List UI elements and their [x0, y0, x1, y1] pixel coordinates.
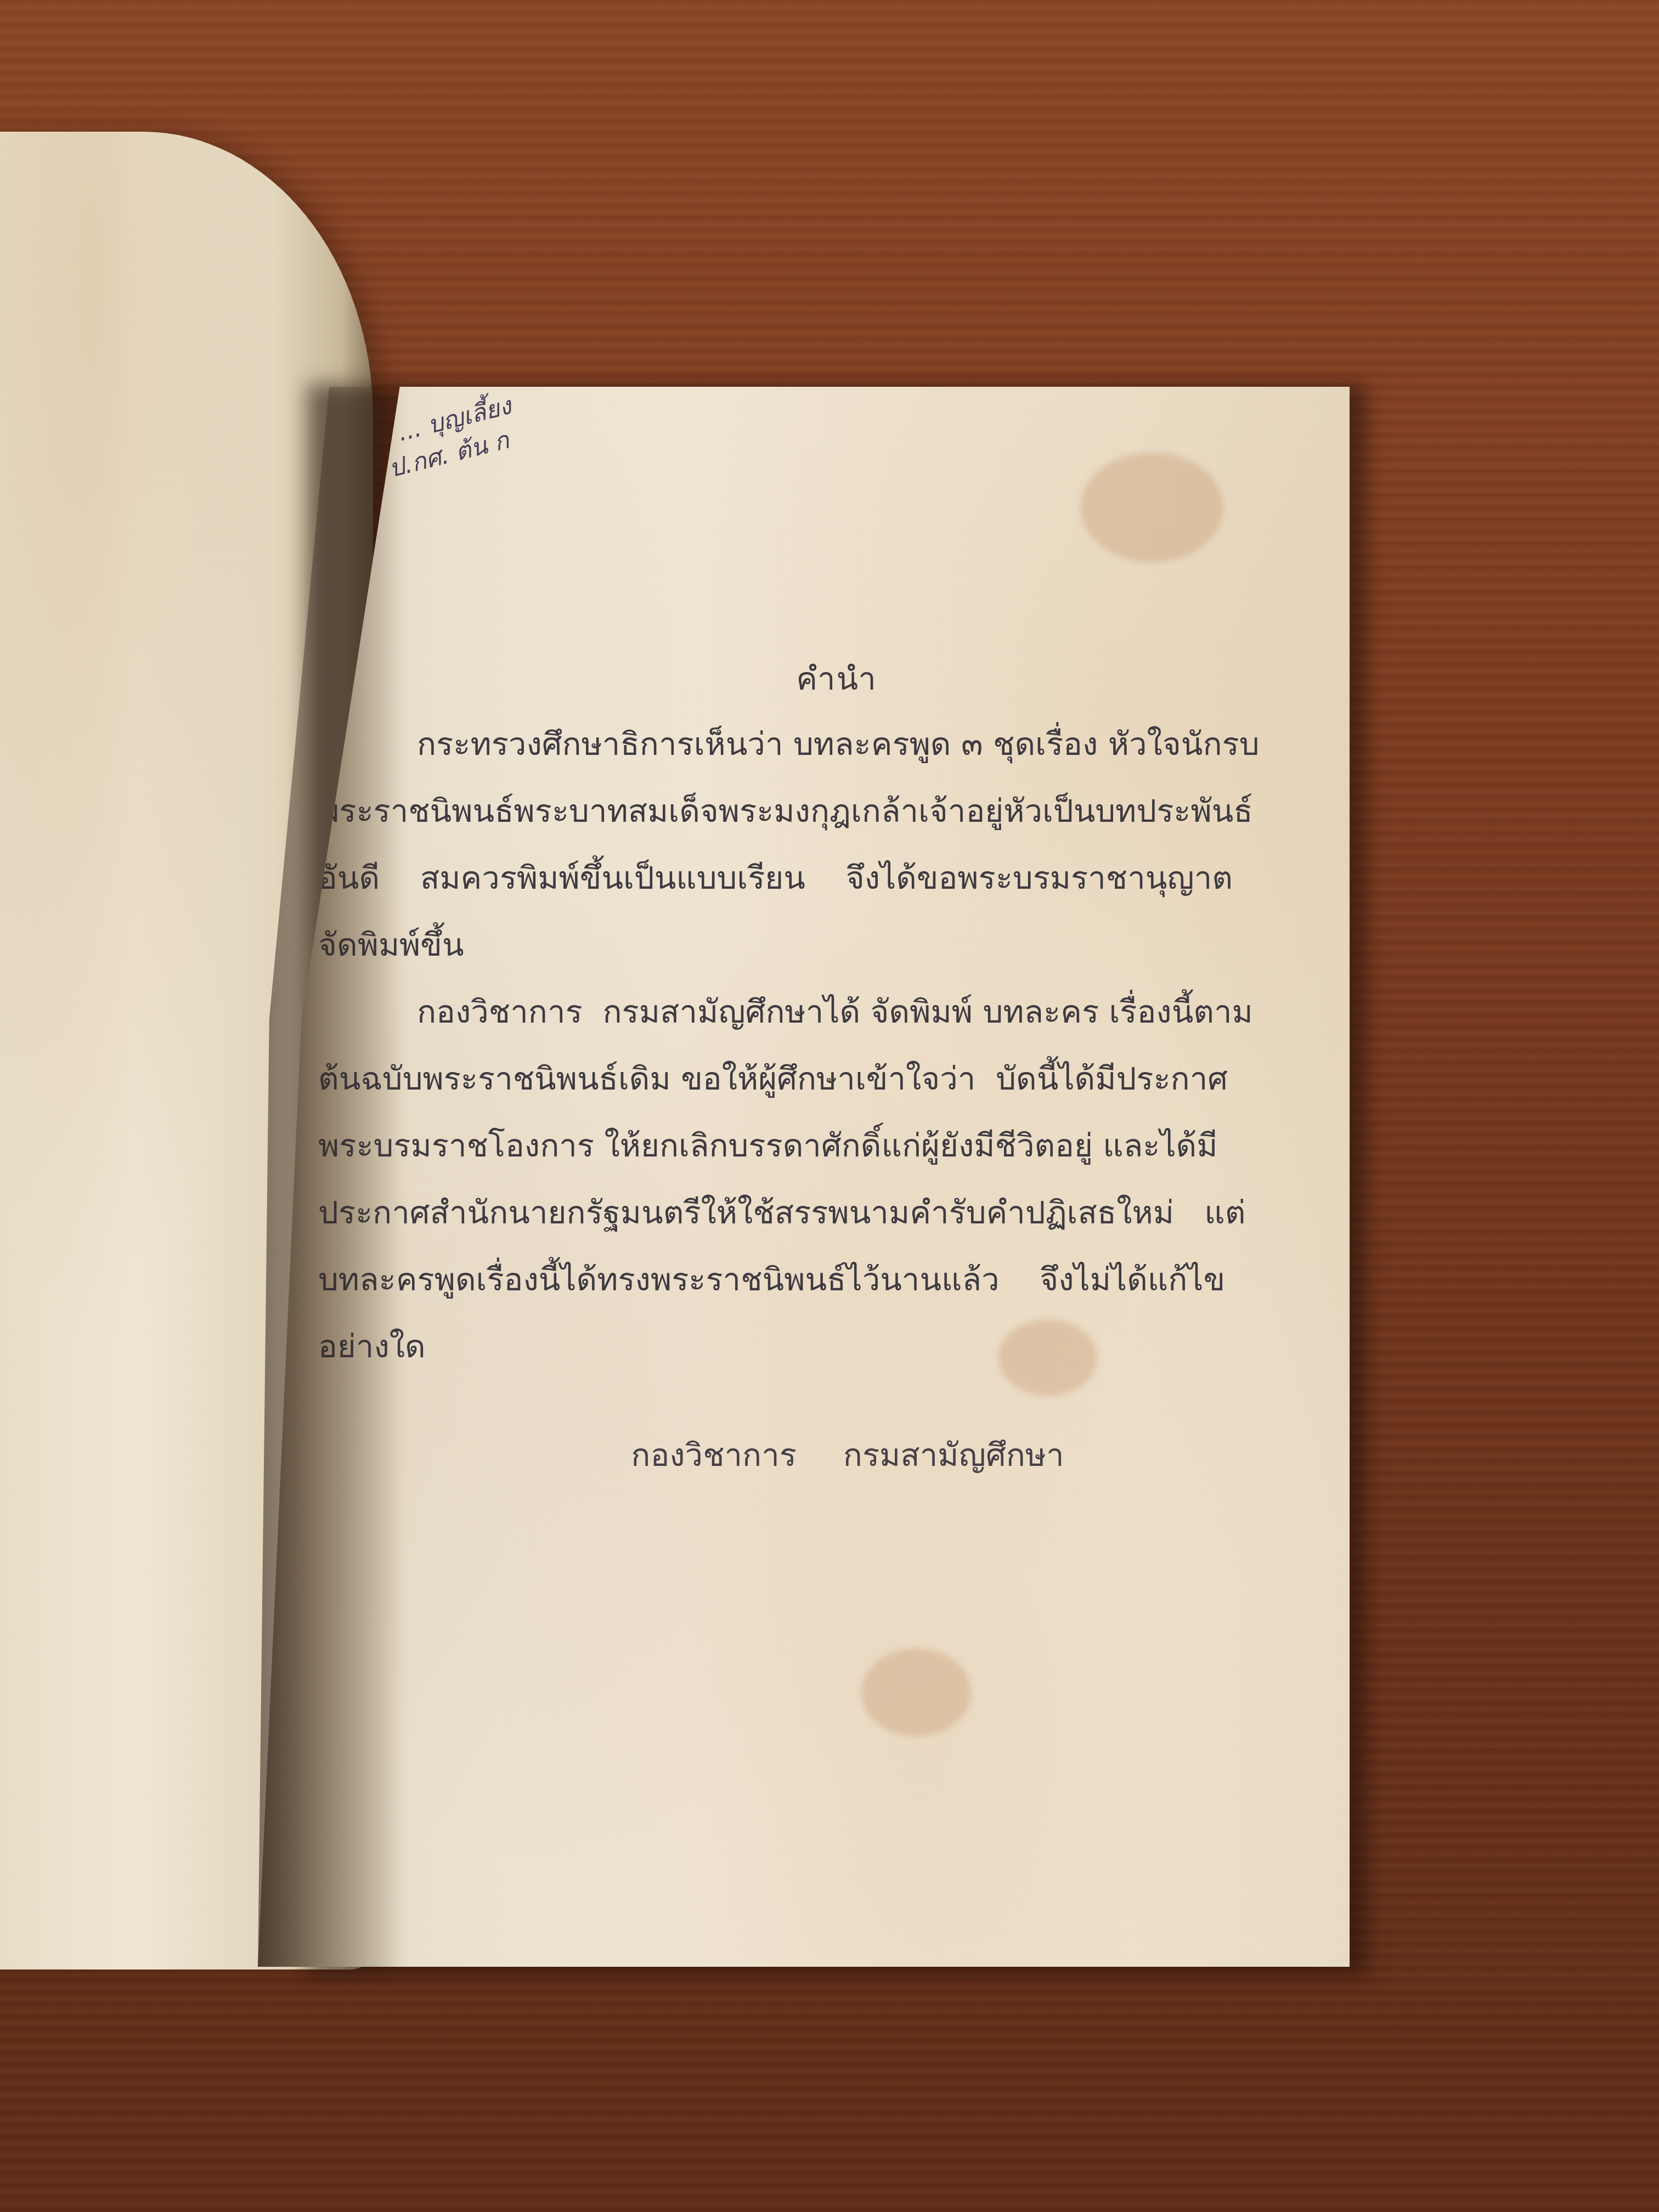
- text-line: ต้นฉบับพระราชนิพนธ์เดิม ขอให้ผู้ศึกษาเข้…: [318, 1045, 1251, 1112]
- text-line: พระราชนิพนธ์พระบาทสมเด็จพระมงกุฎเกล้าเจ้…: [318, 777, 1251, 844]
- text-line: จัดพิมพ์ขึ้น: [318, 911, 1251, 978]
- text-line: ประกาศสำนักนายกรัฐมนตรีให้ใช้สรรพนามคำรั…: [318, 1179, 1251, 1246]
- text-line: อันดี สมควรพิมพ์ขึ้นเป็นแบบเรียน จึงได้ข…: [318, 844, 1251, 911]
- text-line: อย่างใด: [318, 1313, 1251, 1380]
- text-line: พระบรมราชโองการ ให้ยกเลิกบรรดาศักดิ์แก่ผ…: [318, 1112, 1251, 1179]
- text-line: กระทรวงศึกษาธิการเห็นว่า บทละครพูด ๓ ชุด…: [318, 710, 1251, 777]
- signature-line: กองวิชาการ กรมสามัญศึกษา: [258, 1429, 1350, 1480]
- age-stain: [1081, 453, 1223, 562]
- preface-body: กระทรวงศึกษาธิการเห็นว่า บทละครพูด ๓ ชุด…: [318, 710, 1251, 1380]
- text-line: บทละครพูดเรื่องนี้ได้ทรงพระราชนิพนธ์ไว้น…: [318, 1246, 1251, 1313]
- page-title: คำนำ: [258, 653, 1350, 704]
- age-stain: [861, 1649, 971, 1736]
- text-line: กองวิชาการ กรมสามัญศึกษาได้ จัดพิมพ์ บทล…: [318, 978, 1251, 1045]
- preface-page: ของ ... บุญเลี้ยง ป.กศ. ต้น ก คำนำ กระทร…: [258, 387, 1350, 1967]
